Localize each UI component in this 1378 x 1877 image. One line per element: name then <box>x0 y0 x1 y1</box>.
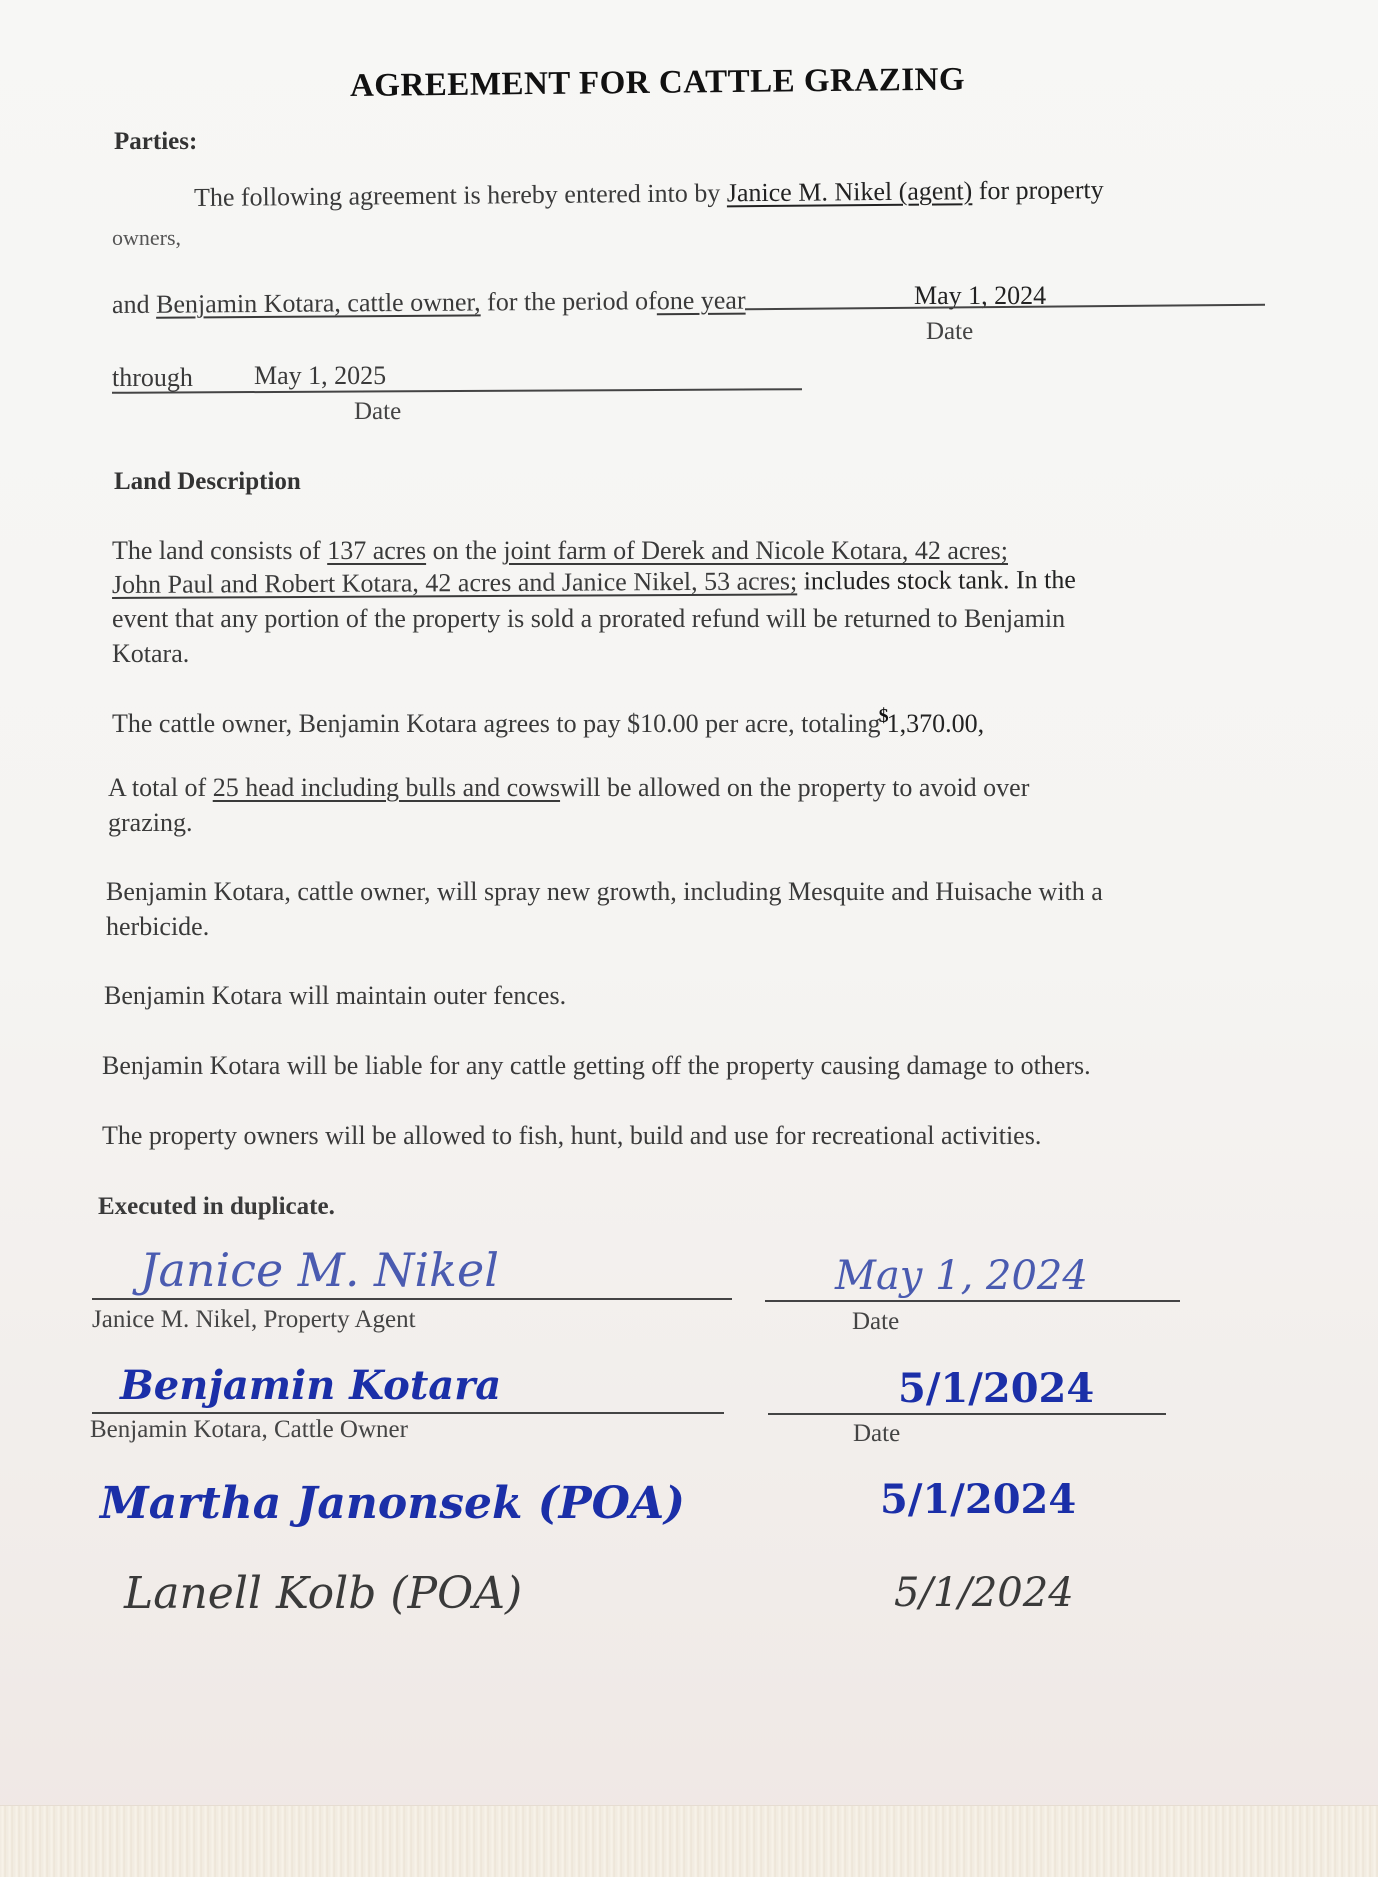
head-limit: 25 head including bulls and cows <box>213 773 560 802</box>
signature-line-2 <box>92 1412 724 1414</box>
start-date-label: Date <box>926 318 973 346</box>
signature-janice: Janice M. Nikel <box>140 1243 499 1297</box>
land-line-3: event that any portion of the property i… <box>112 604 1065 634</box>
end-date-rule <box>112 388 802 394</box>
land-line-1: The land consists of 137 acres on the jo… <box>112 536 1008 566</box>
date-line-1 <box>765 1300 1180 1302</box>
cattle-owner-name: Benjamin Kotara, cattle owner, <box>156 287 481 318</box>
signature-label-2: Benjamin Kotara, Cattle Owner <box>90 1416 408 1444</box>
end-date: May 1, 2025 <box>254 361 386 391</box>
date-label-2: Date <box>853 1420 900 1448</box>
through-label: through <box>112 363 193 393</box>
payment-total: 1,370.00, <box>887 709 985 738</box>
parties-line-3: and Benjamin Kotara, cattle owner, for t… <box>112 286 746 320</box>
executed-note: Executed in duplicate. <box>98 1193 335 1221</box>
signature-date-4: 5/1/2024 <box>894 1570 1074 1616</box>
date-line-2 <box>768 1413 1166 1415</box>
land-heading: Land Description <box>114 468 301 496</box>
signature-lanell-poa: Lanell Kolb (POA) <box>124 1568 522 1619</box>
payment-line: The cattle owner, Benjamin Kotara agrees… <box>112 705 984 739</box>
land-line-4: Kotara. <box>112 639 189 669</box>
document-title: AGREEMENT FOR CATTLE GRAZING <box>350 62 965 105</box>
land-line-2: John Paul and Robert Kotara, 42 acres an… <box>112 565 1076 600</box>
clause-spray-line-2: herbicide. <box>106 912 209 942</box>
acres-total: 137 acres <box>327 536 426 565</box>
parties-line-1: The following agreement is hereby entere… <box>194 175 1104 213</box>
signature-label-1: Janice M. Nikel, Property Agent <box>92 1306 416 1334</box>
end-date-label: Date <box>354 398 401 426</box>
signature-date-1: May 1, 2024 <box>835 1253 1088 1299</box>
signature-benjamin: Benjamin Kotara <box>120 1362 501 1409</box>
parties-line-2: owners, <box>112 225 181 251</box>
signature-martha-poa: Martha Janonsek (POA) <box>100 1478 685 1529</box>
head-limit-line-1: A total of 25 head including bulls and c… <box>108 773 1029 803</box>
clause-liability: Benjamin Kotara will be liable for any c… <box>102 1051 1091 1081</box>
clause-spray-line-1: Benjamin Kotara, cattle owner, will spra… <box>106 877 1103 907</box>
period: one year <box>657 286 746 316</box>
agreement-page: AGREEMENT FOR CATTLE GRAZING Parties: Th… <box>0 0 1378 1877</box>
date-label-1: Date <box>852 1308 899 1336</box>
clause-recreation: The property owners will be allowed to f… <box>102 1121 1041 1151</box>
parties-heading: Parties: <box>114 128 197 156</box>
signature-date-3: 5/1/2024 <box>880 1476 1076 1523</box>
agent-name: Janice M. Nikel (agent) <box>727 176 973 207</box>
clause-fences: Benjamin Kotara will maintain outer fenc… <box>104 981 566 1011</box>
signature-line-1 <box>92 1298 732 1300</box>
background-fabric <box>0 1805 1378 1877</box>
signature-date-2: 5/1/2024 <box>898 1365 1094 1412</box>
head-limit-line-2: grazing. <box>108 808 192 838</box>
